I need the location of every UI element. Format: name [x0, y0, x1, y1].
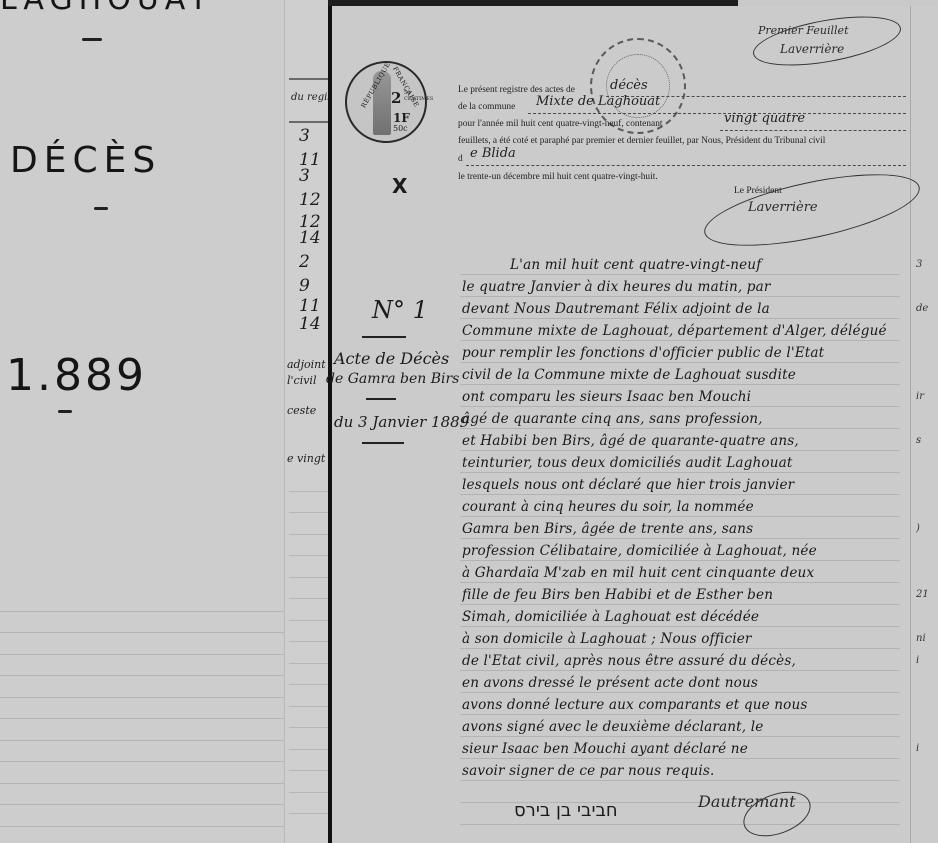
- act-title: Acte de Décès: [334, 349, 449, 368]
- fill-line: [528, 113, 906, 114]
- header-fill-act-type: décès: [610, 78, 648, 93]
- act-line: avons donné lecture aux comparants et qu…: [462, 694, 908, 716]
- strip-header-rule: [289, 121, 328, 123]
- previous-page-index-strip: du registre 3 11 3 12 12 14 2 9 11 14 ad…: [284, 0, 328, 843]
- margin-mark: [916, 562, 936, 584]
- strip-text-fragment: adjoint: [287, 358, 326, 371]
- margin-mark: 21: [916, 584, 936, 606]
- strip-text-fragment: ceste: [287, 404, 316, 417]
- act-line: à Ghardaïa M'zab en mil huit cent cinqua…: [462, 562, 908, 584]
- margin-mark: [916, 694, 936, 716]
- margin-mark: i: [916, 738, 936, 760]
- margin-mark: [916, 716, 936, 738]
- act-line: ont comparu les sieurs Isaac ben Mouchi: [462, 386, 908, 408]
- cover-divider: [94, 207, 108, 210]
- act-line: et Habibi ben Birs, âgé de quarante-quat…: [462, 430, 908, 452]
- act-line: Gamra ben Birs, âgée de trente ans, sans: [462, 518, 908, 540]
- header-line-2: de la commune: [458, 102, 515, 112]
- declarant-hebrew-signature: חביבי בן בירס: [514, 800, 618, 821]
- act-divider: [366, 398, 396, 400]
- cover-town-name: LAGHOUAT: [0, 0, 213, 17]
- index-number: 11: [299, 296, 321, 316]
- act-line: à son domicile à Laghouat ; Nous officie…: [462, 628, 908, 650]
- paraph-signature: Laverrière: [780, 42, 844, 56]
- header-fill-tribunal: e Blida: [470, 146, 516, 161]
- cover-year: 1.889: [6, 350, 147, 401]
- margin-mark: [916, 760, 936, 782]
- margin-mark: de: [916, 298, 936, 320]
- register-page: RÉPUBLIQUE FRANÇAISE 2 50 CENTIMES 1F 50…: [332, 6, 938, 843]
- margin-mark: [916, 364, 936, 386]
- margin-mark: [916, 606, 936, 628]
- act-line: Commune mixte de Laghouat, département d…: [462, 320, 908, 342]
- margin-mark: 3: [916, 254, 936, 276]
- stamp-value-sub: 50 CENTIMES: [404, 90, 433, 102]
- index-number: 3: [299, 126, 310, 146]
- header-fill-commune: Mixte de Laghouat: [536, 94, 660, 109]
- cover-record-type: DÉCÈS: [10, 140, 161, 181]
- act-line: L'an mil huit cent quatre-vingt-neuf: [462, 254, 908, 276]
- index-number: 14: [299, 314, 321, 334]
- margin-mark: [916, 276, 936, 298]
- act-line: devant Nous Dautremant Félix adjoint de …: [462, 298, 908, 320]
- margin-mark: [916, 452, 936, 474]
- strip-text-fragment: l'civil: [287, 374, 316, 387]
- header-line-5: d: [458, 154, 463, 164]
- strip-ruled-lines: [289, 470, 329, 814]
- act-line: le quatre Janvier à dix heures du matin,…: [462, 276, 908, 298]
- act-line: de l'Etat civil, après nous être assuré …: [462, 650, 908, 672]
- margin-mark: s: [916, 430, 936, 452]
- margin-mark: [916, 342, 936, 364]
- act-divider: [362, 442, 404, 444]
- cover-divider: [82, 38, 102, 41]
- register-cover-page: LAGHOUAT DÉCÈS 1.889: [0, 0, 296, 843]
- act-line: pour remplir les fonctions d'officier pu…: [462, 342, 908, 364]
- margin-mark: [916, 408, 936, 430]
- act-line: civil de la Commune mixte de Laghouat su…: [462, 364, 908, 386]
- margin-mark: [916, 672, 936, 694]
- index-number: 12: [299, 190, 321, 210]
- strip-header-rule: [289, 78, 328, 80]
- act-line: teinturier, tous deux domiciliés audit L…: [462, 452, 908, 474]
- act-line: âgé de quarante cinq ans, sans professio…: [462, 408, 908, 430]
- act-line: profession Célibataire, domiciliée à Lag…: [462, 540, 908, 562]
- stamp-value-secondary-sub: 50c: [393, 124, 408, 133]
- strip-text-fragment: e vingt: [287, 452, 325, 465]
- margin-mark: [916, 540, 936, 562]
- margin-mark: [916, 474, 936, 496]
- act-line: sieur Isaac ben Mouchi ayant déclaré ne: [462, 738, 908, 760]
- right-margin-rule: [910, 6, 911, 843]
- index-number: 14: [299, 228, 321, 248]
- stamp-value: 2: [391, 89, 401, 107]
- act-line: fille de feu Birs ben Habibi et de Esthe…: [462, 584, 908, 606]
- index-number: 2: [299, 252, 310, 272]
- act-body: L'an mil huit cent quatre-vingt-neuf le …: [462, 254, 908, 782]
- act-deceased-name: de Gamra ben Birs: [326, 371, 459, 387]
- president-signature: Laverrière: [748, 200, 818, 215]
- stamp-value-secondary: 1F: [393, 111, 410, 125]
- margin-mark: ir: [916, 386, 936, 408]
- act-line: lesquels nous ont déclaré que hier trois…: [462, 474, 908, 496]
- act-line: Simah, domiciliée à Laghouat est décédée: [462, 606, 908, 628]
- header-fill-sheet-count: vingt quatre: [724, 111, 805, 126]
- margin-mark: ): [916, 518, 936, 540]
- index-number: 9: [299, 276, 310, 296]
- act-line: avons signé avec le deuxième déclarant, …: [462, 716, 908, 738]
- margin-mark: [916, 496, 936, 518]
- act-number: N° 1: [372, 296, 428, 324]
- header-line-4: feuillets, a été coté et paraphé par pre…: [458, 136, 825, 146]
- header-line-3: pour l'année mil huit cent quatre-vingt-…: [458, 119, 662, 129]
- margin-mark: i: [916, 650, 936, 672]
- index-number: 3: [299, 166, 310, 186]
- act-date: du 3 Janvier 1889: [334, 413, 469, 431]
- fill-line: [466, 165, 906, 166]
- margin-mark: [916, 320, 936, 342]
- act-line: courant à cinq heures du soir, la nommée: [462, 496, 908, 518]
- act-line: savoir signer de ce par nous requis.: [462, 760, 908, 782]
- fill-line: [720, 130, 906, 131]
- act-line: en avons dressé le présent acte dont nou…: [462, 672, 908, 694]
- cover-divider: [58, 410, 72, 413]
- margin-cross-mark: X: [392, 174, 407, 198]
- cover-ruled-lines: [0, 590, 296, 843]
- header-line-6: le trente-un décembre mil huit cent quat…: [458, 172, 658, 182]
- margin-mark: ni: [916, 628, 936, 650]
- fiscal-stamp: RÉPUBLIQUE FRANÇAISE 2 50 CENTIMES 1F 50…: [345, 61, 427, 143]
- right-margin-marks: 3 de ir s ) 21 ni i i: [916, 254, 936, 782]
- act-divider: [362, 336, 406, 338]
- paraph-flourish: [749, 7, 904, 74]
